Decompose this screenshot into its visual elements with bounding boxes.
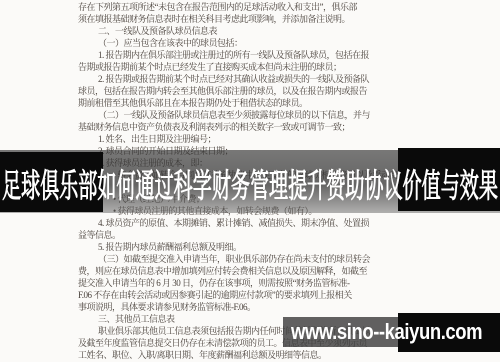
document-line: F.06 不存在由转会活动或因参赛引起的逾期应付款项”的要求填列上报相关 bbox=[78, 289, 352, 301]
article-title: 足球俱乐部如何通过科学财务管理提升赞助协议价值与效果 bbox=[2, 168, 498, 204]
document-line: 提交准入申请当年的 6 月 30 日，仍存在该事项，则需按照“财务监管标准- bbox=[78, 277, 350, 289]
document-line: 二、一线队及预备队球员信息表 bbox=[98, 25, 217, 37]
document-line: 益等信息。 bbox=[78, 229, 121, 241]
document-line: 4. 球员资产的原值、本期摊销、累计摊销、减值损失、期末净值、处置损 bbox=[98, 217, 369, 229]
document-line: （一）应当包含在该表中的球员包括： bbox=[98, 37, 243, 49]
document-line: （二）一线队及预备队球员信息表至少须披露每位球员的以下信息，并与 bbox=[98, 109, 370, 121]
document-line: 事项说明，具体要求请参见财务监管标准-F.06。 bbox=[78, 301, 256, 313]
document-line: 2. 报告期或报告期前某个时点已经对其确认收益或损失的一线队及预备队 bbox=[98, 73, 369, 85]
watermark-url: www.sino--kaiyun.com bbox=[291, 319, 482, 345]
document-line: 期前租借至其他俱乐部且在本报告期仍处于租借状态的球员。 bbox=[78, 97, 308, 109]
document-line: 告期或报告期前某个时点已经发生了直接购买成本但尚未注册的球员； bbox=[78, 61, 342, 73]
document-line: 5. 报告期内球员薪酬福利总额及明细。 bbox=[98, 241, 242, 253]
article-cover-image: 存在下列第五项所述“未包含在报告范围内的足球活动收入和支出”，俱乐部须在填报基础… bbox=[0, 0, 500, 362]
document-line: 存在下列第五项所述“未包含在报告范围内的足球活动收入和支出”，俱乐部 bbox=[78, 1, 357, 13]
document-line: 1. 姓名、出生日期及注册编号； bbox=[98, 133, 216, 145]
document-line: 费，则应在球员信息表中增加填列应付转会费相关信息以及原因解释，如截至 bbox=[78, 265, 367, 277]
document-line: 三、其他员工信息表 bbox=[98, 313, 175, 325]
document-line: 球员，包括在报告期内转会至其他俱乐部注册的球员，以及在报告期内或报告 bbox=[78, 85, 367, 97]
document-line: 须在填报基础财务信息表时在相关科目考虑此项影响，并添加备注说明。 bbox=[78, 13, 350, 25]
document-line: （三）如截至提交准入申请当年，职业俱乐部仍存在尚未支付的球员转会 bbox=[98, 253, 370, 265]
document-line: 1. 报告期内在俱乐部注册或注册过的所有一线队及预备队球员，包括在报 bbox=[98, 49, 369, 61]
document-line: 工姓名、职位、入职/离职日期、年度薪酬福利总额及明细等信息。 bbox=[78, 349, 327, 361]
document-line: 基础财务信息中资产负债表及利润表列示的相关数字一致或可调节一致； bbox=[78, 121, 350, 133]
